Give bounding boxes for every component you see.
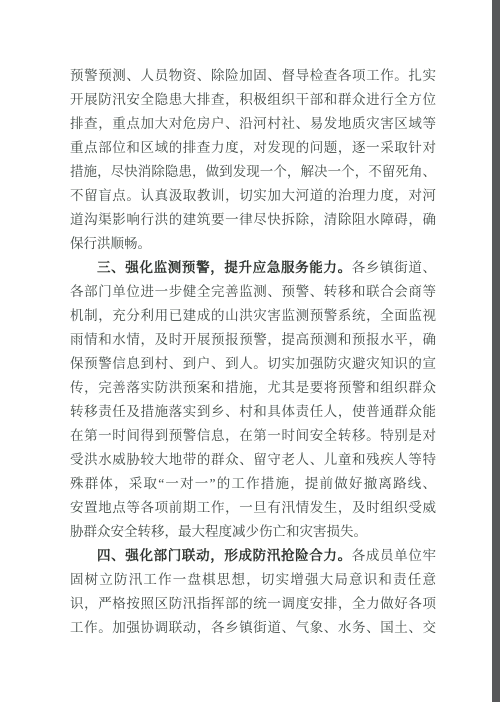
text-line: 雨情和水情，及时开展预报预警，提高预测和预报水平，确 <box>70 328 436 352</box>
text-line: 固树立防汛工作一盘棋思想，切实增强大局意识和责任意 <box>70 568 436 592</box>
document-body: 预警预测、人员物资、除险加固、督导检查各项工作。扎实开展防汛安全隐患大排查，积极… <box>70 64 436 640</box>
scan-edge-strip <box>492 0 500 702</box>
text-line: 排查，重点加大对危房户、沿河村社、易发地质灾害区域等 <box>70 112 436 136</box>
text-line: 开展防汛安全隐患大排查，积极组织干部和群众进行全方位 <box>70 88 436 112</box>
text-line: 识，严格按照区防汛指挥部的统一调度安排，全力做好各项 <box>70 592 436 616</box>
section-heading: 三、强化监测预警，提升应急服务能力。 <box>97 260 352 275</box>
text-line: 传，完善落实防洪预案和措施，尤其是要将预警和组织群众 <box>70 376 436 400</box>
scanned-page: 预警预测、人员物资、除险加固、督导检查各项工作。扎实开展防汛安全隐患大排查，积极… <box>0 0 500 702</box>
text-line: 道沟渠影响行洪的建筑要一律尽快拆除，清除阻水障碍，确 <box>70 208 436 232</box>
text-line: 受洪水威胁较大地带的群众、留守老人、儿童和残疾人等特 <box>70 448 436 472</box>
text-line: 保预警信息到村、到户、到人。切实加强防灾避灾知识的宣 <box>70 352 436 376</box>
text-line: 三、强化监测预警，提升应急服务能力。各乡镇街道、 <box>70 256 436 280</box>
text-line: 胁群众安全转移，最大程度减少伤亡和灾害损失。 <box>70 520 436 544</box>
section-heading: 四、强化部门联动，形成防汛抢险合力。 <box>97 548 352 563</box>
text-line: 四、强化部门联动，形成防汛抢险合力。各成员单位牢 <box>70 544 436 568</box>
text-line: 转移责任及措施落实到乡、村和具体责任人，使普通群众能 <box>70 400 436 424</box>
text-line: 保行洪顺畅。 <box>70 232 436 256</box>
text-line: 殊群体，采取“一对一”的工作措施，提前做好撤离路线、 <box>70 472 436 496</box>
text-line: 在第一时间得到预警信息，在第一时间安全转移。特别是对 <box>70 424 436 448</box>
text-line: 预警预测、人员物资、除险加固、督导检查各项工作。扎实 <box>70 64 436 88</box>
text-line: 工作。加强协调联动，各乡镇街道、气象、水务、国土、交 <box>70 616 436 640</box>
text-line: 安置地点等各项前期工作，一旦有汛情发生，及时组织受威 <box>70 496 436 520</box>
text-line: 不留盲点。认真汲取教训，切实加大河道的治理力度，对河 <box>70 184 436 208</box>
text-line: 机制，充分利用已建成的山洪灾害监测预警系统，全面监视 <box>70 304 436 328</box>
text-line: 各部门单位进一步健全完善监测、预警、转移和联合会商等 <box>70 280 436 304</box>
text-line: 重点部位和区域的排查力度，对发现的问题，逐一采取针对 <box>70 136 436 160</box>
text-line: 措施，尽快消除隐患，做到发现一个，解决一个，不留死角、 <box>70 160 436 184</box>
